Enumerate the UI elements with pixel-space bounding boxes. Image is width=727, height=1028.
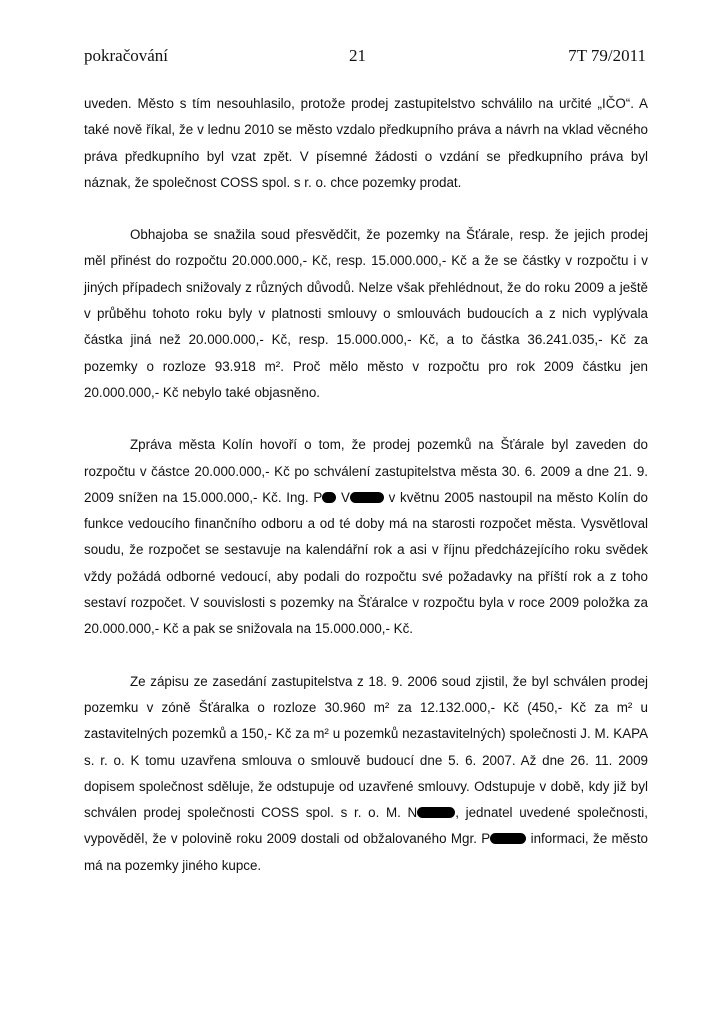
paragraph-1: uveden. Město s tím nesouhlasilo, protož… (84, 91, 648, 196)
paragraph-2: Obhajoba se snažila soud přesvědčit, že … (84, 222, 648, 406)
continuation-label: pokračování (84, 46, 168, 66)
paragraph-4-text-a: Ze zápisu ze zasedání zastupitelstva z 1… (84, 674, 648, 820)
redaction-mark (350, 492, 384, 503)
paragraph-4: Ze zápisu ze zasedání zastupitelstva z 1… (84, 669, 648, 879)
document-body: uveden. Město s tím nesouhlasilo, protož… (84, 91, 648, 879)
page-number: 21 (349, 46, 366, 66)
redaction-mark (417, 807, 455, 818)
paragraph-3: Zpráva města Kolín hovoří o tom, že prod… (84, 432, 648, 642)
page-header: pokračování 21 7T 79/2011 (84, 46, 646, 70)
case-number: 7T 79/2011 (568, 46, 646, 66)
paragraph-3-text-c: v květnu 2005 nastoupil na město Kolín d… (84, 490, 648, 636)
redaction-mark (490, 833, 526, 844)
paragraph-3-text-b: V (336, 490, 350, 505)
redaction-mark (322, 492, 336, 503)
